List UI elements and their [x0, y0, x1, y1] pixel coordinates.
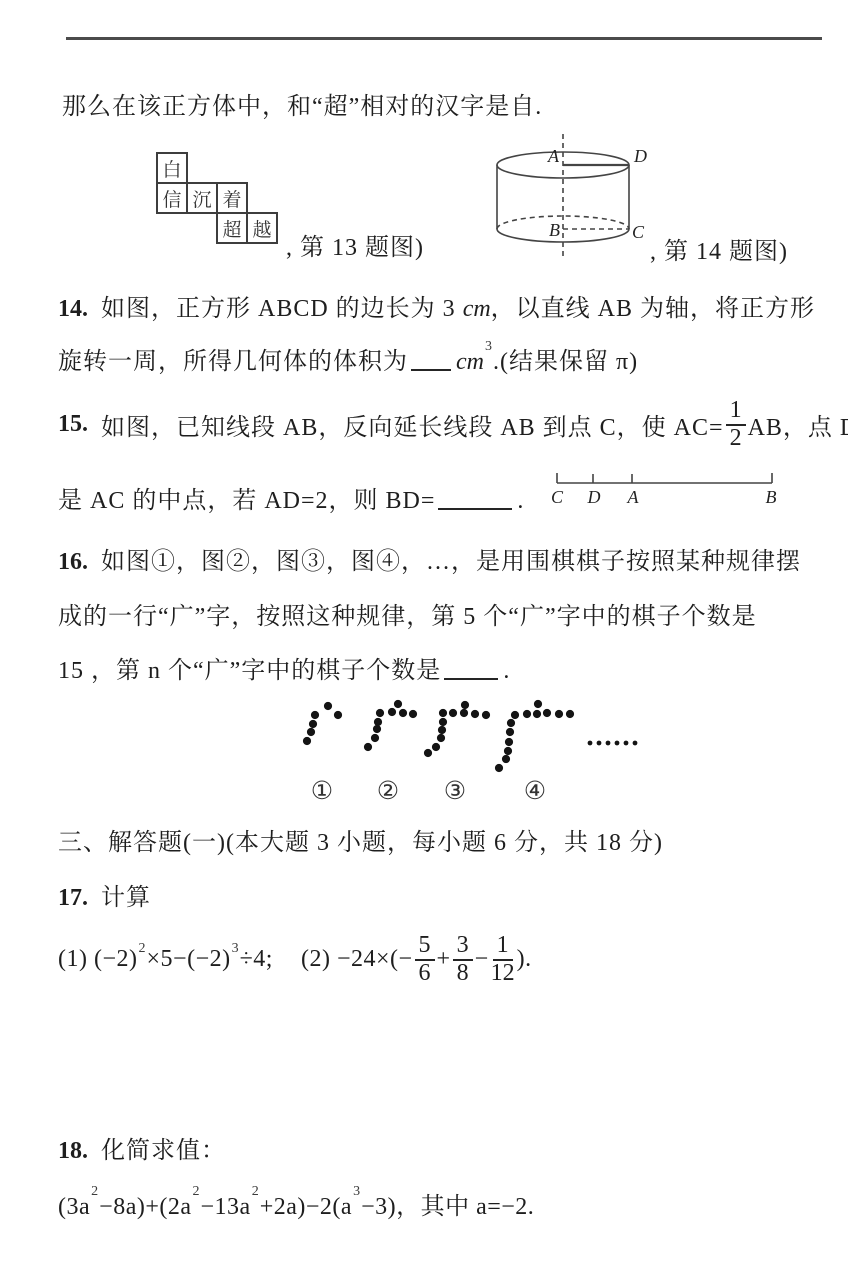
q18-exp-4: 3: [353, 1184, 360, 1199]
q15-text-2a: 是 AC 的中点，若 AD=2，则 BD=: [58, 488, 435, 514]
intro-paragraph: 那么在该正方体中，和“超”相对的汉字是自.: [62, 86, 542, 121]
q17-f1-den: 6: [419, 961, 431, 985]
q18-expression: (3a2−8a)+(2a2−13a2+2a)−2(a3−3)，其中 a=−2.: [58, 1186, 534, 1221]
guang-4-stone: [523, 710, 531, 718]
q17-fraction-5-6: 56: [415, 933, 435, 986]
guang-2-stone: [399, 709, 407, 717]
guang-3-stone: [437, 734, 445, 742]
cube-net-figure: 白信沉着超越: [156, 152, 286, 250]
q17-f2-num: 3: [453, 933, 473, 961]
figure-label-2: ②: [377, 776, 399, 806]
q18-e4: +2a)−2(a: [260, 1194, 352, 1220]
goban-dots-figure: [290, 695, 652, 783]
q15-line1: 15.如图，已知线段 AB，反向延长线段 AB 到点 C，使 AC=12AB，点…: [58, 394, 848, 454]
guang-2-stone: [376, 709, 384, 717]
segment-label-B: B: [766, 487, 777, 507]
cylinder-label-A: A: [547, 146, 560, 166]
q14-line1: 14.如图，正方形 ABCD 的边长为 3 cm，以直线 AB 为轴，将正方形: [58, 288, 815, 323]
guang-4-stone: [507, 719, 515, 727]
q17-expressions: (1) (−2)2×5−(−2)3÷4; (2) −24×(− 56 + 38 …: [58, 928, 532, 990]
guang-4-stone: [505, 738, 513, 746]
q17-op-minus: −: [475, 946, 489, 973]
guang-3-stone: [439, 709, 447, 717]
q14-text-1a: 如图，正方形 ABCD 的边长为 3: [101, 296, 463, 322]
q17-f3-num: 1: [493, 933, 513, 961]
q16-text-3a: 15 ，第 n 个“广”字中的棋子个数是: [58, 658, 441, 684]
guang-4-stone: [506, 728, 514, 736]
q17-title: 计算: [101, 885, 151, 911]
figure-label-1: ①: [311, 776, 333, 806]
guang-2-stone: [373, 725, 381, 733]
guang-2-stone: [409, 710, 417, 718]
q15-text-2b: .: [517, 488, 524, 514]
q15-fraction-half: 12: [726, 398, 746, 451]
q18-e5: −3)，其中 a=−2.: [361, 1194, 534, 1220]
guang-3-stone: [471, 710, 479, 718]
q17-e1-c: ÷4;: [240, 946, 273, 973]
guang-3-stone: [432, 743, 440, 751]
figure13-caption: , 第 13 题图): [286, 227, 424, 262]
q18-exp-3: 2: [252, 1184, 259, 1199]
q17-f3-den: 12: [491, 961, 515, 985]
q16-text-1: 如图①，图②，图③，图④，…，是用围棋棋子按照某种规律摆: [101, 549, 801, 575]
guang-1-stone: [311, 711, 319, 719]
q16-line2: 成的一行“广”字，按照这种规律，第 5 个“广”字中的棋子个数是: [58, 596, 757, 631]
q15-text-1a: 如图，已知线段 AB，反向延长线段 AB 到点 C，使 AC=: [101, 407, 724, 442]
q17-e2-a: (2) −24×(−: [301, 946, 413, 973]
q16-number: 16.: [58, 549, 88, 575]
q16-text-3b: .: [503, 658, 510, 684]
q14-answer-blank: [411, 366, 451, 371]
guang-3-stone: [460, 709, 468, 717]
q17-number: 17.: [58, 885, 88, 911]
q16-answer-blank: [444, 675, 498, 680]
q17-fraction-1-12: 112: [491, 933, 515, 986]
guang-1-stone: [309, 720, 317, 728]
intro-text: 那么在该正方体中，和“超”相对的汉字是自.: [62, 94, 542, 120]
q17-e2-b: ).: [517, 946, 532, 973]
guang-4-stone: [495, 764, 503, 772]
guang-2-stone: [394, 700, 402, 708]
page-top-rule: [66, 37, 822, 40]
segment-ticks: [557, 473, 772, 483]
net-cell: 白: [156, 152, 188, 184]
guang-2-stone: [374, 718, 382, 726]
q17-title-line: 17.计算: [58, 877, 151, 912]
guang-4-stone: [534, 700, 542, 708]
q17-expression-2: (2) −24×(− 56 + 38 − 112 ).: [301, 933, 532, 986]
segment-figure: C D A B: [545, 461, 785, 507]
q15-number: 15.: [58, 411, 88, 438]
net-cell: 信: [156, 182, 188, 214]
q15-line2: 是 AC 的中点，若 AD=2，则 BD=.: [58, 480, 524, 515]
guang-4-stone: [511, 711, 519, 719]
q16-line3: 15 ，第 n 个“广”字中的棋子个数是.: [58, 650, 510, 685]
q17-f1-num: 5: [415, 933, 435, 961]
q14-cm-exponent: 3: [485, 339, 492, 354]
net-cell: 沉: [186, 182, 218, 214]
q18-exp-1: 2: [91, 1184, 98, 1199]
ellipsis-dot: [615, 741, 620, 746]
cylinder-figure: A D B C: [473, 132, 655, 264]
q15-answer-blank: [438, 505, 512, 510]
guang-3-stone: [424, 749, 432, 757]
q17-e1-exp2: 2: [139, 941, 146, 957]
q17-fraction-3-8: 38: [453, 933, 473, 986]
net-cell: 越: [246, 212, 278, 244]
q14-unit-cm: cm: [463, 296, 491, 322]
net-cell: 超: [216, 212, 248, 244]
ellipsis-dot: [597, 741, 602, 746]
q14-text-2a: 旋转一周，所得几何体的体积为: [58, 349, 408, 375]
ellipsis-dot: [588, 741, 593, 746]
q18-e2: −8a)+(2a: [99, 1194, 191, 1220]
q17-e1-a: (1) (−2): [58, 946, 138, 973]
guang-4-stone: [555, 710, 563, 718]
guang-2-stone: [371, 734, 379, 742]
guang-4-stone: [504, 747, 512, 755]
q18-title-line: 18.化简求值：: [58, 1130, 226, 1165]
q14-text-2b: .(结果保留 π): [493, 349, 638, 375]
q17-e1-exp3: 3: [232, 941, 239, 957]
section3-heading: 三、解答题(一)(本大题 3 小题，每小题 6 分，共 18 分): [58, 822, 663, 857]
q16-line1: 16.如图①，图②，图③，图④，…，是用围棋棋子按照某种规律摆: [58, 541, 801, 576]
segment-label-C: C: [551, 487, 564, 507]
q15-text-1b: AB，点 D: [748, 407, 848, 442]
q14-text-1b: ，以直线 AB 为轴，将正方形: [491, 296, 815, 322]
guang-3-stone: [439, 718, 447, 726]
guang-4-stone: [502, 755, 510, 763]
q18-title: 化简求值：: [101, 1138, 226, 1164]
q15-frac-numerator: 1: [726, 398, 746, 426]
segment-label-D: D: [587, 487, 601, 507]
exam-page: 那么在该正方体中，和“超”相对的汉字是自. 白信沉着超越 , 第 13 题图) …: [0, 0, 848, 1285]
guang-4-stone: [566, 710, 574, 718]
figure-label-4: ④: [524, 776, 546, 806]
net-cell: 着: [216, 182, 248, 214]
cylinder-label-D: D: [633, 146, 647, 166]
q17-expression-1: (1) (−2)2×5−(−2)3÷4;: [58, 946, 273, 973]
q14-line2: 旋转一周，所得几何体的体积为cm3.(结果保留 π): [58, 341, 638, 376]
guang-3-stone: [449, 709, 457, 717]
figure-label-3: ③: [444, 776, 466, 806]
guang-4-stone: [533, 710, 541, 718]
cylinder-label-B: B: [549, 220, 560, 240]
guang-2-stone: [388, 708, 396, 716]
guang-1-stone: [303, 737, 311, 745]
guang-2-stone: [364, 743, 372, 751]
q17-e1-b: ×5−(−2): [147, 946, 231, 973]
q18-number: 18.: [58, 1138, 88, 1164]
guang-3-stone: [461, 701, 469, 709]
q16-text-2: 成的一行“广”字，按照这种规律，第 5 个“广”字中的棋子个数是: [58, 604, 757, 630]
q17-op-plus: +: [437, 946, 451, 973]
guang-3-stone: [438, 726, 446, 734]
figure14-caption: , 第 14 题图): [650, 231, 788, 266]
q18-e3: −13a: [201, 1194, 251, 1220]
guang-1-stone: [307, 728, 315, 736]
q14-number: 14.: [58, 296, 88, 322]
guang-1-stone: [324, 702, 332, 710]
q18-exp-2: 2: [193, 1184, 200, 1199]
q14-unit-cm3: cm: [456, 349, 484, 375]
segment-label-A: A: [627, 487, 640, 507]
guang-4-stone: [543, 709, 551, 717]
q18-e1: (3a: [58, 1194, 90, 1220]
guang-3-stone: [482, 711, 490, 719]
guang-1-stone: [334, 711, 342, 719]
q17-f2-den: 8: [457, 961, 469, 985]
ellipsis-dot: [606, 741, 611, 746]
cylinder-label-C: C: [632, 222, 645, 242]
q15-frac-denominator: 2: [730, 426, 742, 450]
ellipsis-dot: [633, 741, 638, 746]
ellipsis-dot: [624, 741, 629, 746]
